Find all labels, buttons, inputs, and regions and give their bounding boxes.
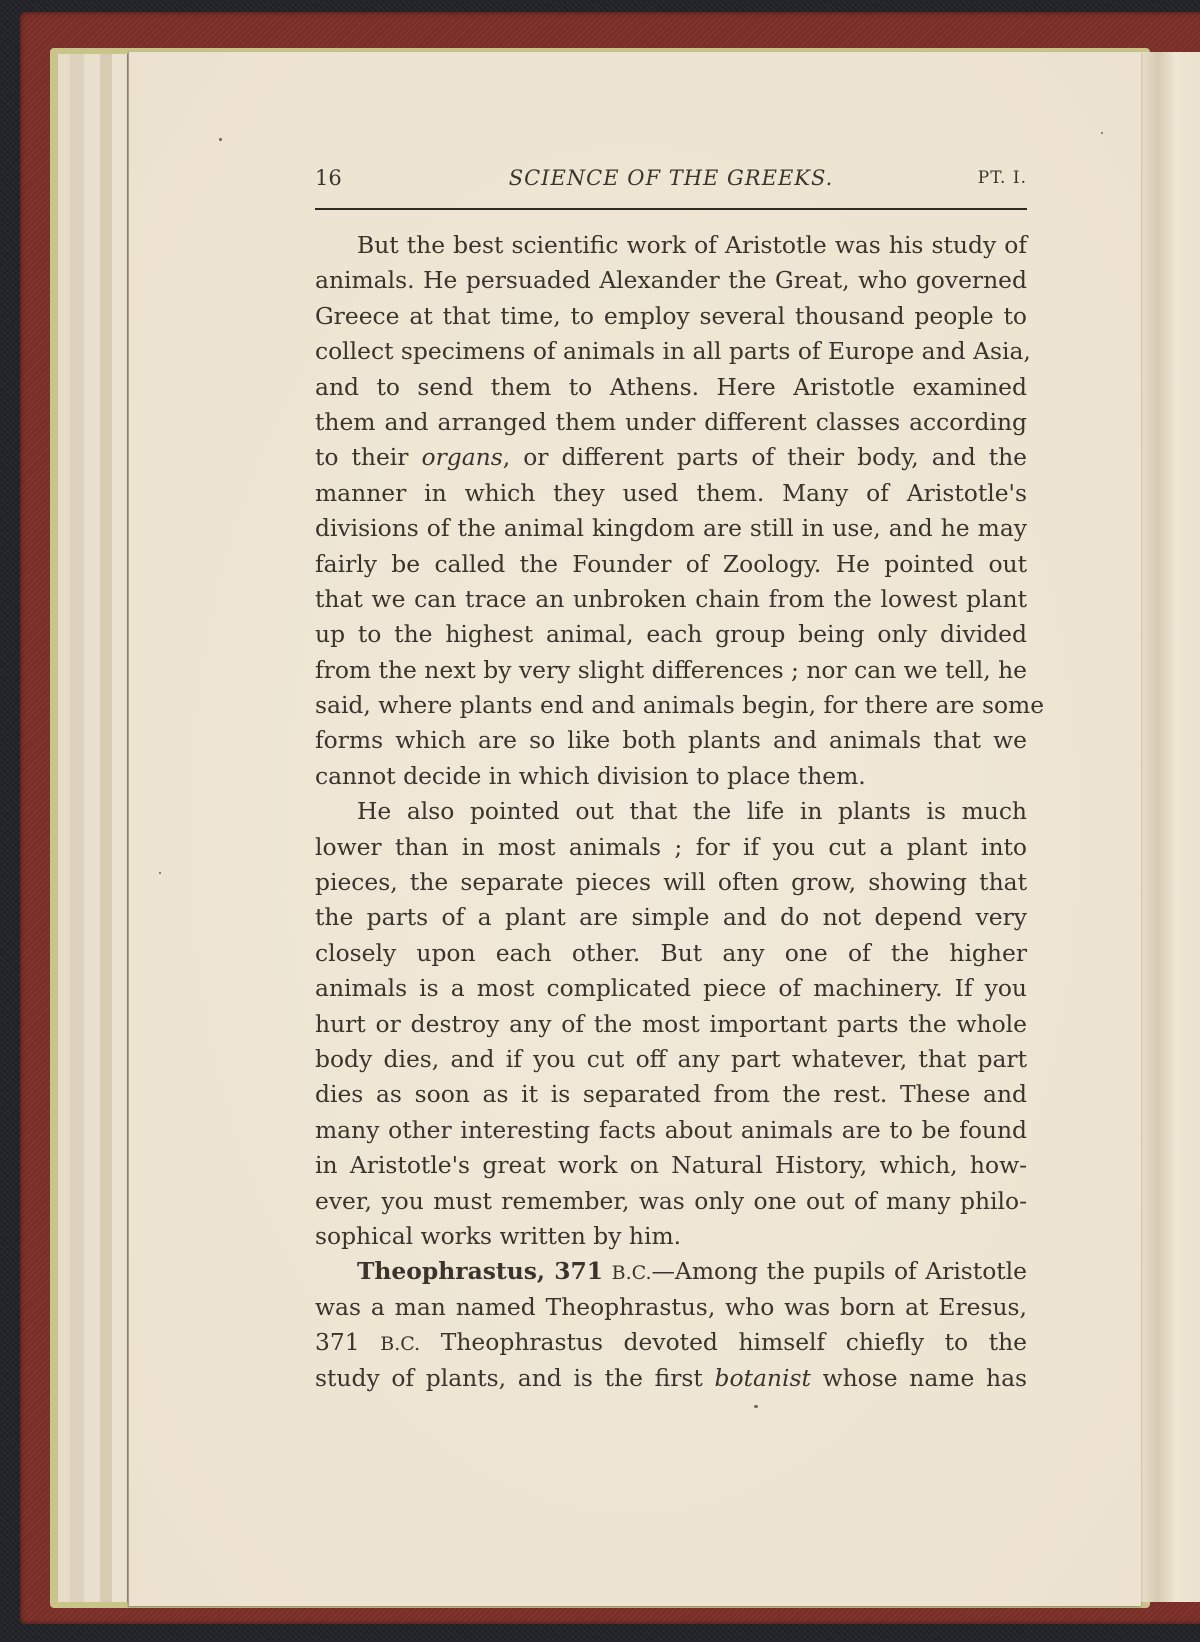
running-head: 16 SCIENCE OF THE GREEKS. PT. I. <box>315 166 1027 196</box>
italic-term: organs <box>421 443 502 471</box>
body-text: But the best scientific work of Aristotl… <box>315 228 1027 1396</box>
text-line: that we can trace an unbroken chain from… <box>315 582 1027 617</box>
part-label: PT. I. <box>978 168 1027 188</box>
italic-term: botanist <box>715 1364 811 1392</box>
text-line: 371 B.C. Theophrastus devoted himself ch… <box>315 1325 1027 1360</box>
text-line: He also pointed out that the life in pla… <box>315 794 1027 829</box>
text-line: was a man named Theophrastus, who was bo… <box>315 1290 1027 1325</box>
text-run: , or different parts of their body, and … <box>503 443 1027 471</box>
text-line: divisions of the animal kingdom are stil… <box>315 511 1027 546</box>
text-line: in Aristotle's great work on Natural His… <box>315 1148 1027 1183</box>
section-heading: Theophrastus, 371 <box>357 1257 603 1285</box>
paper-speck <box>159 872 161 874</box>
era-label: B.C. <box>612 1262 652 1284</box>
text-line: Greece at that time, to employ several t… <box>315 299 1027 334</box>
text-line: study of plants, and is the first botani… <box>315 1361 1027 1396</box>
text-line: them and arranged them under different c… <box>315 405 1027 440</box>
page-edges <box>112 54 128 1602</box>
text-run: Theophrastus devoted himself chiefly to … <box>441 1328 1027 1356</box>
text-line: said, where plants end and animals begin… <box>315 688 1027 723</box>
text-run: to their <box>315 443 408 471</box>
text-line: hurt or destroy any of the most importan… <box>315 1007 1027 1042</box>
text-line: lower than in most animals ; for if you … <box>315 830 1027 865</box>
text-run: whose name has <box>823 1364 1027 1392</box>
text-line: cannot decide in which division to place… <box>315 759 1027 794</box>
text-line: to their organs, or different parts of t… <box>315 440 1027 475</box>
text-line: animals is a most complicated piece of m… <box>315 971 1027 1006</box>
text-line: from the next by very slight differences… <box>315 653 1027 688</box>
text-line: fairly be called the Founder of Zoology.… <box>315 547 1027 582</box>
text-line: forms which are so like both plants and … <box>315 723 1027 758</box>
era-label: B.C. <box>380 1333 420 1355</box>
text-line: closely upon each other. But any one of … <box>315 936 1027 971</box>
text-line: But the best scientific work of Aristotl… <box>315 228 1027 263</box>
paper-speck <box>754 1405 758 1408</box>
text-line: ever, you must remember, was only one ou… <box>315 1184 1027 1219</box>
text-line: and to send them to Athens. Here Aristot… <box>315 370 1027 405</box>
year: 371 <box>315 1328 360 1356</box>
text-line: pieces, the separate pieces will often g… <box>315 865 1027 900</box>
paper-speck <box>1101 132 1103 134</box>
paper-speck <box>219 138 222 141</box>
text-line: manner in which they used them. Many of … <box>315 476 1027 511</box>
text-run: —Among the pupils of Aristotle <box>652 1257 1027 1285</box>
text-line: the parts of a plant are simple and do n… <box>315 900 1027 935</box>
header-rule <box>315 208 1027 210</box>
text-line: up to the highest animal, each group bei… <box>315 617 1027 652</box>
text-run: study of plants, and is the first <box>315 1364 703 1392</box>
running-title: SCIENCE OF THE GREEKS. <box>315 166 1027 190</box>
text-line: collect specimens of animals in all part… <box>315 334 1027 369</box>
text-line: animals. He persuaded Alexander the Grea… <box>315 263 1027 298</box>
text-line: body dies, and if you cut off any part w… <box>315 1042 1027 1077</box>
text-line: sophical works written by him. <box>315 1219 1027 1254</box>
facing-page-edge <box>1140 52 1200 1602</box>
text-line: many other interesting facts about anima… <box>315 1113 1027 1148</box>
text-line: Theophrastus, 371 B.C.—Among the pupils … <box>315 1254 1027 1289</box>
text-line: dies as soon as it is separated from the… <box>315 1077 1027 1112</box>
